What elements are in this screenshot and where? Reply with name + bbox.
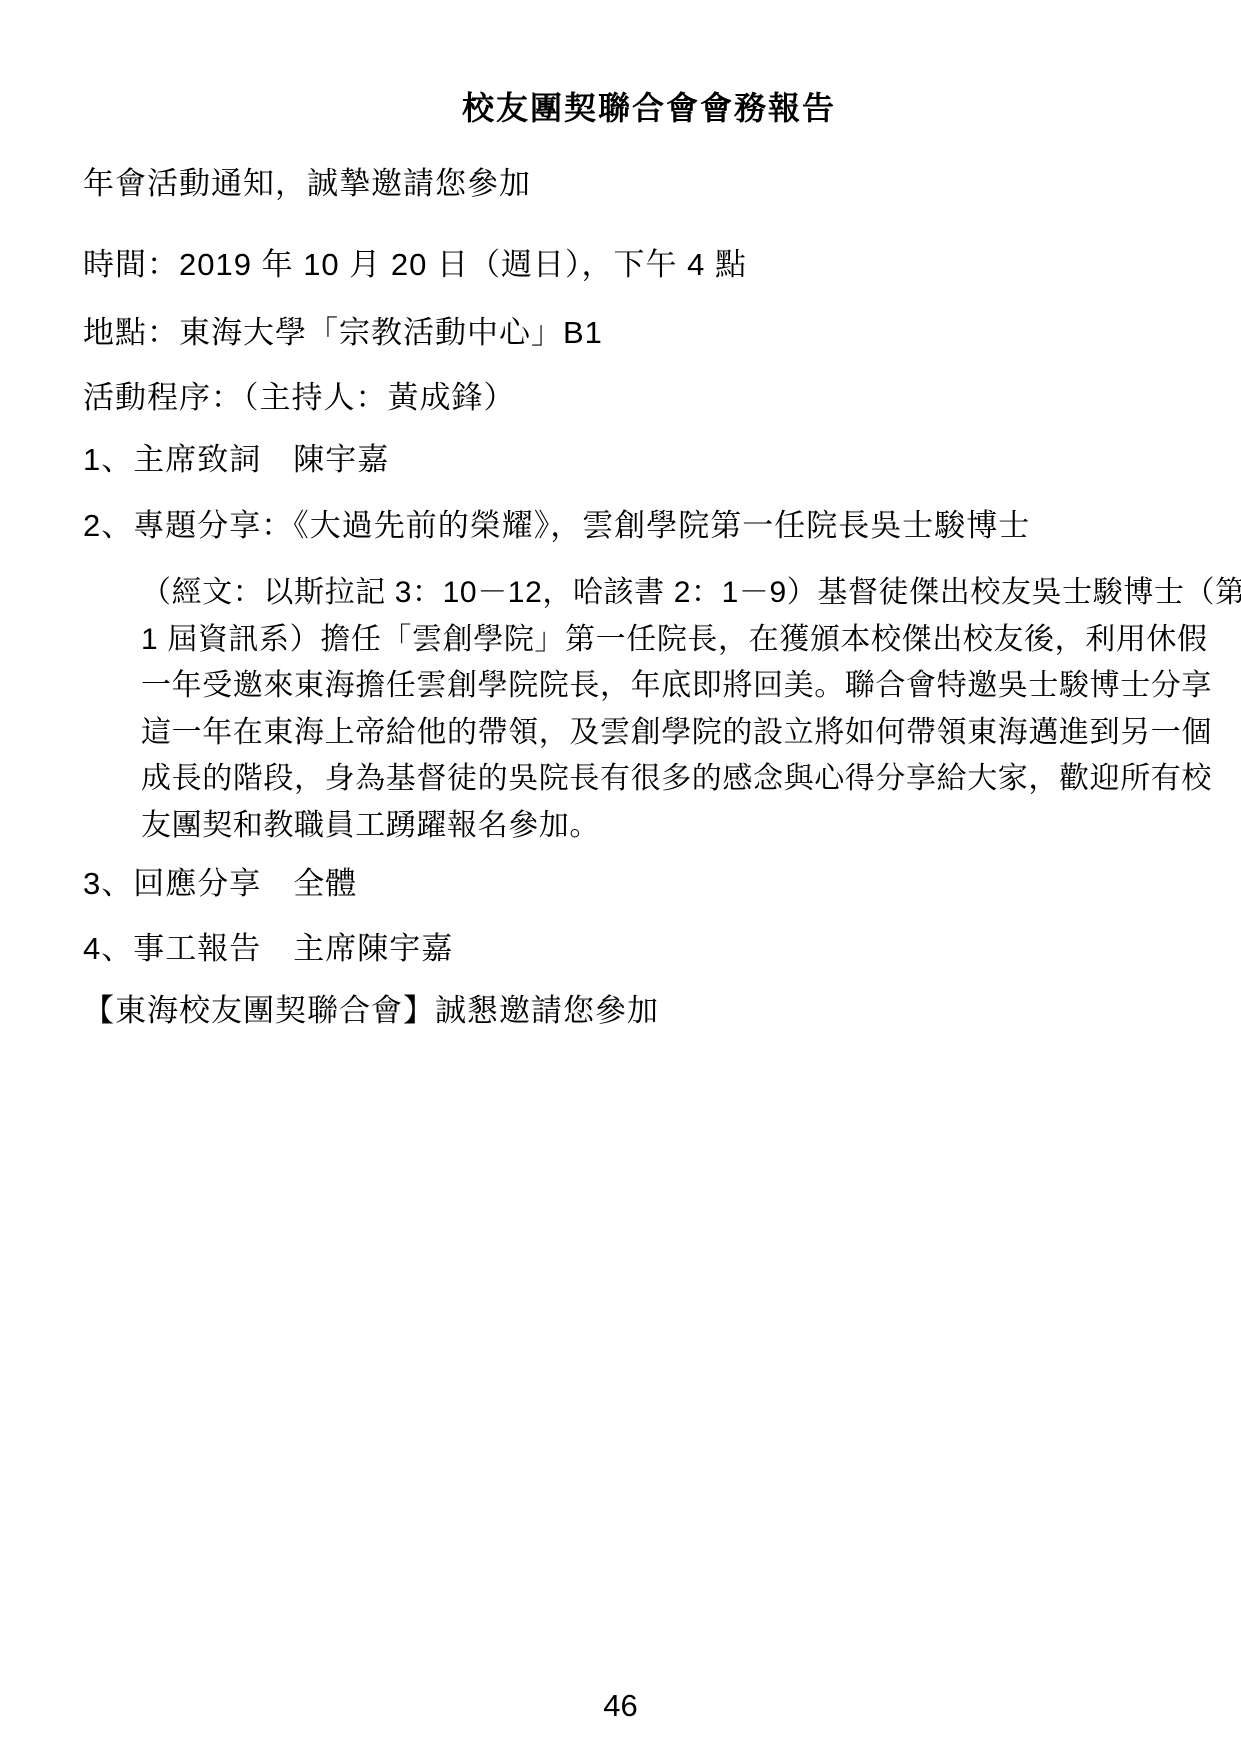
closing-line: 【東海校友團契聯合會】誠懇邀請您參加 [83,991,659,1031]
page-number: 46 [0,1688,1241,1724]
agenda-item-2: 2、專題分享：《大過先前的榮耀》，雲創學院第一任院長吳士駿博士 [83,506,1030,546]
document-page: 校友團契聯合會會務報告 年會活動通知，誠摯邀請您參加 時間：2019 年 10 … [0,0,1241,1754]
paragraph-line: 1 屆資訊系）擔任「雲創學院」第一任院長，在獲頒本校傑出校友後，利用休假 [141,617,1226,664]
program-line: 活動程序：（主持人：黃成鋒） [83,378,516,418]
paragraph-line: 成長的階段，身為基督徒的吳院長有很多的感念與心得分享給大家，歡迎所有校 [141,756,1226,803]
agenda-item-4: 4、事工報告 主席陳宇嘉 [83,929,453,969]
agenda-item-1: 1、主席致詞 陳宇嘉 [83,440,389,480]
scripture-paragraph: （經文：以斯拉記 3：10－12，哈該書 2：1－9）基督徒傑出校友吳士駿博士（… [141,570,1226,849]
document-title: 校友團契聯合會會務報告 [83,83,1215,129]
paragraph-line: （經文：以斯拉記 3：10－12，哈該書 2：1－9）基督徒傑出校友吳士駿博士（… [141,570,1226,617]
agenda-item-3: 3、回應分享 全體 [83,864,357,904]
paragraph-line: 這一年在東海上帝給他的帶領，及雲創學院的設立將如何帶領東海邁進到另一個 [141,710,1226,757]
place-line: 地點：東海大學「宗教活動中心」B1 [83,313,603,353]
paragraph-line: 一年受邀來東海擔任雲創學院院長，年底即將回美。聯合會特邀吳士駿博士分享 [141,663,1226,710]
time-line: 時間：2019 年 10 月 20 日（週日），下午 4 點 [83,245,747,285]
intro-line: 年會活動通知，誠摯邀請您參加 [83,164,531,204]
paragraph-line: 友團契和教職員工踴躍報名參加。 [141,803,1226,850]
